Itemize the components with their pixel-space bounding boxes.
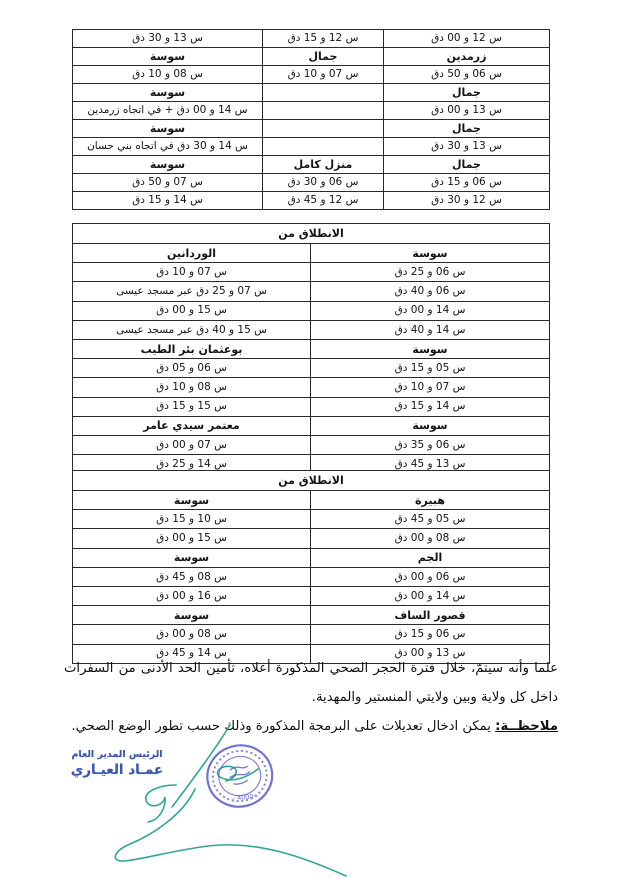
time-cell: س 07 و 10 دق: [73, 263, 311, 282]
time-cell: س 07 و 00 دق: [73, 435, 311, 454]
time-cell: س 06 و 50 دق: [384, 66, 550, 84]
table-title-row: الانطلاق من: [73, 471, 550, 491]
stamp-postal-code: - 4000 -: [232, 792, 259, 803]
station-header-row: جمالسوسة: [73, 120, 550, 138]
time-cell: س 16 و 00 دق: [73, 586, 311, 605]
station-name-cell: جمال: [384, 84, 550, 102]
time-cell: س 14 و 30 دق في اتجاه بني حسان: [73, 138, 263, 156]
station-name-cell: سوسة: [73, 156, 263, 174]
station-name-cell: سوسة: [311, 339, 550, 358]
schedule-table-top-body: س 12 و 00 دقس 12 و 15 دقس 13 و 30 دقزرمد…: [73, 30, 550, 210]
time-row: س 14 و 40 دقس 15 و 40 دق عبر مسجد عيسى: [73, 320, 550, 339]
station-name-cell: جمال: [263, 48, 384, 66]
time-cell: س 08 و 00 دق: [73, 625, 311, 644]
time-cell: س 15 و 40 دق عبر مسجد عيسى: [73, 320, 311, 339]
time-row: س 08 و 00 دقس 15 و 00 دق: [73, 529, 550, 548]
time-cell: [263, 102, 384, 120]
station-name-cell: سوسة: [73, 120, 263, 138]
time-cell: [263, 138, 384, 156]
schedule-table-bottom: الانطلاق منهبيرةسوسةس 05 و 45 دقس 10 و 1…: [72, 470, 550, 664]
schedule-table-middle-body: الانطلاق منسوسةالوردانينس 06 و 25 دقس 07…: [73, 224, 550, 474]
table-title-cell: الانطلاق من: [73, 471, 550, 491]
station-name-cell: سوسة: [73, 84, 263, 102]
time-row: س 14 و 00 دقس 16 و 00 دق: [73, 586, 550, 605]
station-header-row: جمالمنزل كاملسوسة: [73, 156, 550, 174]
time-cell: س 06 و 15 دق: [384, 174, 550, 192]
time-row: س 06 و 00 دقس 08 و 45 دق: [73, 567, 550, 586]
time-row: س 07 و 10 دقس 08 و 10 دق: [73, 378, 550, 397]
time-row: س 06 و 40 دقس 07 و 25 دق عبر مسجد عيسى: [73, 282, 550, 301]
table-title-row: الانطلاق من: [73, 224, 550, 244]
station-name-cell: سوسة: [73, 491, 311, 510]
time-row: س 12 و 30 دقس 12 و 45 دقس 14 و 15 دق: [73, 192, 550, 210]
station-name-cell: سوسة: [73, 48, 263, 66]
station-header-row: الجمسوسة: [73, 548, 550, 567]
time-cell: س 14 و 15 دق: [73, 192, 263, 210]
note-paragraph-line1: علما وأنه سيتمّ، خلال فترة الحجر الصحي ا…: [64, 654, 558, 683]
time-cell: س 06 و 15 دق: [311, 625, 550, 644]
time-row: س 06 و 15 دقس 08 و 00 دق: [73, 625, 550, 644]
time-cell: س 13 و 00 دق: [384, 102, 550, 120]
time-row: س 14 و 15 دقس 15 و 15 دق: [73, 397, 550, 416]
time-cell: س 05 و 45 دق: [311, 510, 550, 529]
station-name-cell: [263, 120, 384, 138]
time-row: س 12 و 00 دقس 12 و 15 دقس 13 و 30 دق: [73, 30, 550, 48]
time-cell: س 14 و 00 دق + في اتجاه زرمدين: [73, 102, 263, 120]
time-cell: س 06 و 05 دق: [73, 359, 311, 378]
station-name-cell: الجم: [311, 548, 550, 567]
time-cell: س 12 و 30 دق: [384, 192, 550, 210]
time-cell: س 06 و 30 دق: [263, 174, 384, 192]
time-cell: س 06 و 25 دق: [311, 263, 550, 282]
station-name-cell: زرمدين: [384, 48, 550, 66]
station-name-cell: بوعثمان بئر الطيب: [73, 339, 311, 358]
time-cell: س 12 و 00 دق: [384, 30, 550, 48]
station-name-cell: سوسة: [73, 548, 311, 567]
time-row: س 05 و 45 دقس 10 و 15 دق: [73, 510, 550, 529]
time-row: س 06 و 25 دقس 07 و 10 دق: [73, 263, 550, 282]
station-name-cell: معتمر سيدي عامر: [73, 416, 311, 435]
time-cell: س 12 و 15 دق: [263, 30, 384, 48]
time-cell: س 07 و 10 دق: [311, 378, 550, 397]
time-cell: س 07 و 50 دق: [73, 174, 263, 192]
time-cell: س 06 و 35 دق: [311, 435, 550, 454]
station-header-row: زرمدينجمالسوسة: [73, 48, 550, 66]
time-row: س 05 و 15 دقس 06 و 05 دق: [73, 359, 550, 378]
time-cell: س 14 و 00 دق: [311, 301, 550, 320]
time-cell: س 06 و 00 دق: [311, 567, 550, 586]
time-row: س 06 و 15 دقس 06 و 30 دقس 07 و 50 دق: [73, 174, 550, 192]
time-cell: س 12 و 45 دق: [263, 192, 384, 210]
station-header-row: جمالسوسة: [73, 84, 550, 102]
time-cell: س 08 و 00 دق: [311, 529, 550, 548]
time-cell: س 10 و 15 دق: [73, 510, 311, 529]
time-cell: س 07 و 10 دق: [263, 66, 384, 84]
station-name-cell: [263, 84, 384, 102]
time-cell: س 06 و 40 دق: [311, 282, 550, 301]
schedule-table-middle: الانطلاق منسوسةالوردانينس 06 و 25 دقس 07…: [72, 223, 550, 474]
station-name-cell: هبيرة: [311, 491, 550, 510]
time-cell: س 14 و 40 دق: [311, 320, 550, 339]
time-cell: س 15 و 00 دق: [73, 301, 311, 320]
time-row: س 06 و 50 دقس 07 و 10 دقس 08 و 10 دق: [73, 66, 550, 84]
remark-label: ملاحظــة:: [495, 719, 558, 734]
station-name-cell: سوسة: [311, 416, 550, 435]
time-cell: س 08 و 45 دق: [73, 567, 311, 586]
time-row: س 13 و 30 دقس 14 و 30 دق في اتجاه بني حس…: [73, 138, 550, 156]
station-header-row: قصور السافسوسة: [73, 606, 550, 625]
time-row: س 13 و 00 دقس 14 و 00 دق + في اتجاه زرمد…: [73, 102, 550, 120]
station-name-cell: قصور الساف: [311, 606, 550, 625]
station-header-row: سوسةمعتمر سيدي عامر: [73, 416, 550, 435]
time-cell: س 08 و 10 دق: [73, 378, 311, 397]
time-row: س 06 و 35 دقس 07 و 00 دق: [73, 435, 550, 454]
station-name-cell: الوردانين: [73, 244, 311, 263]
time-row: س 14 و 00 دقس 15 و 00 دق: [73, 301, 550, 320]
station-header-row: هبيرةسوسة: [73, 491, 550, 510]
table-title-cell: الانطلاق من: [73, 224, 550, 244]
time-cell: س 08 و 10 دق: [73, 66, 263, 84]
schedule-table-top: س 12 و 00 دقس 12 و 15 دقس 13 و 30 دقزرمد…: [72, 29, 550, 210]
time-cell: س 15 و 00 دق: [73, 529, 311, 548]
time-cell: س 07 و 25 دق عبر مسجد عيسى: [73, 282, 311, 301]
station-name-cell: سوسة: [311, 244, 550, 263]
time-cell: س 14 و 00 دق: [311, 586, 550, 605]
time-cell: س 15 و 15 دق: [73, 397, 311, 416]
station-name-cell: سوسة: [73, 606, 311, 625]
station-name-cell: جمال: [384, 156, 550, 174]
time-cell: س 05 و 15 دق: [311, 359, 550, 378]
time-cell: س 13 و 30 دق: [73, 30, 263, 48]
station-name-cell: جمال: [384, 120, 550, 138]
time-cell: س 14 و 15 دق: [311, 397, 550, 416]
note-paragraph-line2: داخل كل ولاية وبين ولايتي المنستير والمه…: [64, 683, 558, 712]
station-header-row: سوسةبوعثمان بئر الطيب: [73, 339, 550, 358]
schedule-table-bottom-body: الانطلاق منهبيرةسوسةس 05 و 45 دقس 10 و 1…: [73, 471, 550, 664]
document-page: س 12 و 00 دقس 12 و 15 دقس 13 و 30 دقزرمد…: [0, 0, 621, 878]
station-header-row: سوسةالوردانين: [73, 244, 550, 263]
time-cell: س 13 و 30 دق: [384, 138, 550, 156]
station-name-cell: منزل كامل: [263, 156, 384, 174]
